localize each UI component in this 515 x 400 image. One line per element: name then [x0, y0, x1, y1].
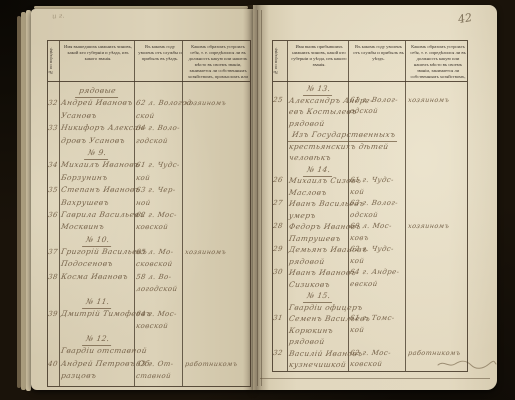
- entry-cell: [273, 302, 287, 314]
- fold-line: [257, 10, 258, 386]
- entry-cell: 63 г. Чер-ной: [134, 184, 182, 209]
- entry-cell: [405, 175, 466, 198]
- handwritten-line: кой: [135, 172, 151, 184]
- entry-cell: № 11.: [59, 296, 134, 308]
- handwritten-line: 60 л. Мос-: [349, 221, 393, 233]
- section-heading: № 11.: [48, 296, 250, 308]
- section-heading: № 9.: [48, 147, 250, 159]
- handwritten-line: 32: [47, 97, 59, 109]
- entry-cell: Иванъ ИвановъСизиковъ: [287, 267, 348, 290]
- handwritten-line: одской: [349, 210, 379, 222]
- entry-cell: 30: [273, 267, 287, 290]
- entry-cell: [134, 296, 182, 308]
- entry-cell: 63 г. От-ставной: [134, 358, 182, 383]
- handwritten-line: 62 г. Мос-: [349, 348, 392, 360]
- entry-cell: [405, 290, 466, 302]
- entry-cell: [273, 83, 287, 95]
- annotation-block: Гвардіи офицеръ: [273, 302, 467, 314]
- entry-cell: 63 г. Волог-одской: [348, 198, 405, 221]
- annotation-block: Гвардіи отставной: [48, 345, 250, 357]
- entry-cell: [182, 147, 249, 159]
- handwritten-line: ской: [135, 110, 155, 122]
- page-bottom-rule: [260, 378, 490, 379]
- register-entry: 37Григорій ВасильевъПодосеновъ65 л. Мо-с…: [48, 246, 250, 271]
- entry-cell: 37: [48, 246, 59, 271]
- handwritten-line: 33: [47, 122, 59, 134]
- register-entry: 36Гаврила ВасильевъМосквинъ62 г. Мос-ков…: [48, 209, 250, 234]
- entry-cell: [348, 290, 405, 302]
- handwritten-line: Гаврила Васильевъ: [60, 209, 146, 221]
- entry-cell: хозяиномъ: [405, 221, 466, 244]
- entry-cell: [405, 198, 466, 221]
- register-entry: 32Василій Ивановъкузнечишкой62 г. Мос-ко…: [273, 348, 467, 371]
- handwritten-line: 64 г. Мос-: [135, 308, 178, 320]
- section-heading: № 14.: [273, 164, 467, 176]
- entry-cell: [48, 85, 59, 97]
- register-entry: 25Александръ Андре-евъ Костылевърядовой6…: [273, 95, 467, 130]
- entry-cell: [405, 313, 466, 348]
- handwritten-line: 62 г. Чудс-: [349, 244, 395, 256]
- entry-cell: [182, 234, 249, 246]
- handwritten-line: Вахрушевъ: [60, 197, 110, 209]
- entry-cell: 61 г. Томс-кой: [348, 313, 405, 348]
- handwritten-line: 65 л. Мо-: [135, 246, 174, 258]
- handwritten-line: 29: [272, 244, 284, 256]
- handwritten-line: 32: [272, 348, 284, 360]
- handwritten-line: ковъ: [349, 233, 370, 245]
- entry-cell: № 14.: [287, 164, 348, 176]
- handwritten-line: годской: [135, 135, 169, 147]
- entry-cell: № 15.: [287, 290, 348, 302]
- entry-cell: хозяиномъ: [182, 246, 249, 271]
- entry-cell: рядовые: [59, 85, 134, 97]
- register-entry: 34Михаилъ ИвановъБорзунинъ61 г. Чудс-кой: [48, 159, 250, 184]
- entry-cell: Андрей Петровъ Об-разцовъ: [59, 358, 134, 383]
- handwritten-line: разцовъ: [60, 370, 97, 382]
- entry-cell: 60 л. Мос-ковъ: [348, 221, 405, 244]
- entry-cell: 62 г. Чудс-кой: [348, 244, 405, 267]
- entry-cell: [134, 147, 182, 159]
- entry-cell: [405, 302, 466, 314]
- entry-cell: [182, 296, 249, 308]
- handwritten-line: 63 г. Чер-: [135, 184, 176, 196]
- entry-cell: [134, 85, 182, 97]
- entry-cell: [48, 333, 59, 345]
- register-entry: 28Федоръ ИвановъПатрушевъ60 л. Мос-ковъх…: [273, 221, 467, 244]
- handwritten-line: 61 г. Чудс-: [349, 175, 395, 187]
- handwritten-line: 58 л. Во-: [135, 271, 172, 283]
- entry-cell: № 13.: [287, 83, 348, 95]
- entry-cell: [405, 164, 466, 176]
- entry-cell: 61 г. Чудс-кой: [134, 159, 182, 184]
- handwritten-line: кой: [349, 325, 365, 337]
- handwritten-line: Иванъ Ивановъ: [288, 267, 357, 279]
- register-entry: 30Иванъ ИвановъСизиковъ64 г. Андре-евско…: [273, 267, 467, 290]
- handwritten-line: ной: [135, 197, 152, 209]
- annotation-block: Изъ Государственныхъкрестьянскихъ дѣтейч…: [273, 129, 467, 164]
- entry-cell: 58 л. Во-логодской: [134, 271, 182, 296]
- handwritten-line: Усановъ: [60, 110, 98, 122]
- handwritten-line: одской: [349, 106, 379, 118]
- register-entry: 27Иванъ Васильевъумеръ63 г. Волог-одской: [273, 198, 467, 221]
- entry-cell: 64 г. Андре-евской: [348, 267, 405, 290]
- header-year-column: Въ какомъ году уволенъ отъ службы и приб…: [350, 43, 407, 79]
- header-rule: [273, 81, 467, 82]
- handwritten-line: 63 г. Волог-: [349, 198, 399, 210]
- entry-cell: № 9.: [59, 147, 134, 159]
- entry-cell: 40: [48, 358, 59, 383]
- entry-cell: 61 г. Волог-одской: [348, 95, 405, 130]
- handwritten-line: Андрей Ивановъ: [60, 97, 134, 109]
- header-name-column: Имя вышедшихъ нижнихъ чиновъ, какой кто …: [60, 43, 136, 79]
- handwritten-line: 61 г. Томс-: [349, 313, 395, 325]
- handwritten-line: рядовой: [288, 336, 325, 348]
- entry-cell: Михаилъ СизовъМасловъ: [287, 175, 348, 198]
- entry-cell: Семенъ ВасильевъКорюкинърядовой: [287, 313, 348, 348]
- entry-cell: [182, 345, 249, 357]
- handwritten-line: кой: [349, 187, 365, 199]
- handwritten-line: 64 г. Андре-: [349, 267, 400, 279]
- handwritten-line: 34: [47, 159, 59, 171]
- register-entry: 39Дмитрій Тимофеевъ64 г. Мос-ковской: [48, 308, 250, 333]
- handwritten-line: дровъ Усановъ: [60, 135, 126, 147]
- register-entry: 26Михаилъ СизовъМасловъ61 г. Чудс-кой: [273, 175, 467, 198]
- entry-cell: [48, 296, 59, 308]
- entry-cell: 36: [48, 209, 59, 234]
- entry-cell: 25: [273, 95, 287, 130]
- handwritten-line: ковской: [135, 320, 169, 332]
- entry-cell: [182, 209, 249, 234]
- handwritten-line: работникомъ: [184, 358, 238, 370]
- handwritten-line: 35: [47, 184, 59, 196]
- handwritten-line: ковской: [349, 359, 383, 371]
- handwritten-line: хозяиномъ: [184, 97, 227, 109]
- entry-cell: [405, 244, 466, 267]
- handwritten-line: хозяиномъ: [407, 221, 450, 233]
- entry-cell: Степанъ ИвановъВахрушевъ: [59, 184, 134, 209]
- handwritten-line: кой: [349, 256, 365, 268]
- entry-cell: [273, 129, 287, 164]
- entry-cell: [48, 345, 59, 357]
- handwritten-line: ставной: [135, 370, 172, 382]
- right-register-table: № по порядку. Имя вновь прибывшихъ нижни…: [272, 40, 468, 372]
- entry-cell: [348, 164, 405, 176]
- entry-cell: 64 г. Воло-годской: [134, 122, 182, 147]
- entry-cell: Андрей ИвановъУсановъ: [59, 97, 134, 122]
- handwritten-line: Степанъ Ивановъ: [60, 184, 141, 196]
- entry-cell: 27: [273, 198, 287, 221]
- left-register-table: № по порядку. Имя вышедшихъ нижнихъ чино…: [47, 40, 251, 387]
- section-heading: № 10.: [48, 234, 250, 246]
- register-entry: 38Косма Ивановъ58 л. Во-логодской: [48, 271, 250, 296]
- handwritten-line: 27: [272, 198, 284, 210]
- handwritten-line: человѣкъ: [288, 152, 332, 164]
- handwritten-line: Патрушевъ: [288, 233, 342, 245]
- entry-cell: 32: [273, 348, 287, 371]
- handwritten-line: Масловъ: [288, 187, 328, 199]
- handwritten-line: хозяиномъ: [184, 246, 227, 258]
- handwritten-line: 30: [272, 267, 284, 279]
- handwritten-line: 38: [47, 271, 59, 283]
- fold-line: [261, 10, 262, 386]
- section-heading: № 12.: [48, 333, 250, 345]
- handwritten-line: Подосеновъ: [60, 258, 114, 270]
- header-disposition-column: Какимъ образомъ устроилъ себя, т. е. опр…: [184, 43, 252, 79]
- entry-cell: Федоръ ИвановъПатрушевъ: [287, 221, 348, 244]
- entry-cell: [48, 147, 59, 159]
- entry-cell: Демьянъ Ивановърядовой: [287, 244, 348, 267]
- handwritten-line: Изъ Государственныхъ: [288, 129, 399, 142]
- entry-cell: [48, 234, 59, 246]
- entry-cell: [182, 184, 249, 209]
- entry-cell: работникомъ: [405, 348, 466, 371]
- entry-cell: 35: [48, 184, 59, 209]
- handwritten-line: ковской: [135, 221, 169, 233]
- entry-cell: Григорій ВасильевъПодосеновъ: [59, 246, 134, 271]
- handwritten-line: 64 г. Воло-: [135, 122, 181, 134]
- entry-cell: № 10.: [59, 234, 134, 246]
- handwritten-line: Сизиковъ: [288, 279, 331, 291]
- handwritten-line: 61 г. Чудс-: [135, 159, 181, 171]
- handwritten-line: умеръ: [288, 210, 317, 222]
- entry-cell: 29: [273, 244, 287, 267]
- handwritten-line: евъ Костылевъ: [288, 106, 358, 118]
- entry-cell: № 12.: [59, 333, 134, 345]
- entry-cell: Косма Ивановъ: [59, 271, 134, 296]
- entry-cell: Василій Ивановъкузнечишкой: [287, 348, 348, 371]
- handwritten-line: Борзунинъ: [60, 172, 109, 184]
- entry-cell: Александръ Андре-евъ Костылевърядовой: [287, 95, 348, 130]
- handwritten-line: 40: [47, 358, 59, 370]
- entry-cell: 33: [48, 122, 59, 147]
- handwritten-line: Гвардіи отставной: [60, 345, 148, 357]
- header-rule: [48, 81, 250, 82]
- table-header: № по порядку. Имя вышедшихъ нижнихъ чино…: [48, 41, 250, 81]
- handwritten-line: 28: [272, 221, 284, 233]
- section-heading-label: № 15.: [303, 290, 334, 303]
- register-entry: 35Степанъ ИвановъВахрушевъ63 г. Чер-ной: [48, 184, 250, 209]
- entry-cell: Никифоръ Алексан-дровъ Усановъ: [59, 122, 134, 147]
- entry-cell: Гвардіи отставной: [59, 345, 134, 357]
- handwritten-line: логодской: [135, 283, 178, 295]
- entry-cell: 62 г. Мос-ковской: [134, 209, 182, 234]
- handwritten-line: 37: [47, 246, 59, 258]
- book-photo: и г. 42 № по порядку. Имя вышедшихъ нижн…: [0, 0, 515, 400]
- handwritten-line: 62 г. Мос-: [135, 209, 178, 221]
- section-heading-label: № 13.: [303, 83, 334, 96]
- section-heading: № 15.: [273, 290, 467, 302]
- handwritten-line: 25: [272, 95, 284, 107]
- entry-cell: Дмитрій Тимофеевъ: [59, 308, 134, 333]
- left-entries: рядовые32Андрей ИвановъУсановъ62 л. Воло…: [48, 85, 250, 382]
- entry-cell: 39: [48, 308, 59, 333]
- entry-cell: 26: [273, 175, 287, 198]
- entry-cell: 38: [48, 271, 59, 296]
- register-entry: 29Демьянъ Ивановърядовой62 г. Чудс-кой: [273, 244, 467, 267]
- handwritten-line: рядовой: [288, 118, 325, 130]
- entry-cell: хозяиномъ: [182, 97, 249, 122]
- handwritten-line: 31: [272, 313, 284, 325]
- entry-cell: 34: [48, 159, 59, 184]
- handwritten-line: Михаилъ Ивановъ: [60, 159, 140, 171]
- handwritten-line: 63 г. От-: [135, 358, 174, 370]
- entry-cell: [182, 308, 249, 333]
- header-name-column: Имя вновь прибывшихъ нижнихъ чиновъ, как…: [288, 43, 350, 79]
- entry-cell: [182, 333, 249, 345]
- entry-cell: 62 г. Мос-ковской: [348, 348, 405, 371]
- entry-cell: Гаврила ВасильевъМосквинъ: [59, 209, 134, 234]
- handwritten-line: Гвардіи офицеръ: [288, 302, 363, 314]
- handwritten-line: евской: [349, 279, 378, 291]
- handwritten-line: 39: [47, 308, 59, 320]
- register-entry: 33Никифоръ Алексан-дровъ Усановъ64 г. Во…: [48, 122, 250, 147]
- right-entries: № 13.25Александръ Андре-евъ Костылевъряд…: [273, 83, 467, 371]
- register-entry: 40Андрей Петровъ Об-разцовъ63 г. От-став…: [48, 358, 250, 383]
- entry-cell: [273, 290, 287, 302]
- handwritten-line: хозяиномъ: [407, 95, 450, 107]
- folio-number: 42: [457, 11, 473, 26]
- section-heading: рядовые: [48, 85, 250, 97]
- entry-cell: хозяиномъ: [405, 95, 466, 130]
- entry-cell: 62 л. Вологод-ской: [134, 97, 182, 122]
- entry-cell: [405, 267, 466, 290]
- entry-cell: [134, 333, 182, 345]
- entry-cell: [182, 271, 249, 296]
- register-entry: 31Семенъ ВасильевъКорюкинърядовой61 г. Т…: [273, 313, 467, 348]
- handwritten-line: Корюкинъ: [288, 325, 334, 337]
- header-disposition-column: Какимъ образомъ устроилъ себя, т. е. опр…: [407, 43, 469, 79]
- entry-cell: [182, 85, 249, 97]
- entry-cell: 28: [273, 221, 287, 244]
- handwritten-line: работникомъ: [407, 348, 461, 360]
- entry-cell: 65 л. Мо-сковской: [134, 246, 182, 271]
- entry-cell: [348, 83, 405, 95]
- handwritten-line: 61 г. Волог-: [349, 95, 399, 107]
- entry-cell: [182, 159, 249, 184]
- handwritten-line: рядовой: [288, 256, 325, 268]
- entry-cell: [134, 234, 182, 246]
- handwritten-line: 36: [47, 209, 59, 221]
- handwritten-line: сковской: [135, 258, 173, 270]
- register-entry: 32Андрей ИвановъУсановъ62 л. Вологод-ско…: [48, 97, 250, 122]
- entry-cell: Изъ Государственныхъкрестьянскихъ дѣтейч…: [287, 129, 348, 164]
- entry-cell: 32: [48, 97, 59, 122]
- entry-cell: работникомъ: [182, 358, 249, 383]
- entry-cell: [405, 83, 466, 95]
- entry-cell: [405, 129, 466, 164]
- header-year-column: Въ какомъ году уволенъ отъ службы и приб…: [136, 43, 184, 79]
- entry-cell: Гвардіи офицеръ: [287, 302, 348, 314]
- entry-cell: Михаилъ ИвановъБорзунинъ: [59, 159, 134, 184]
- handwritten-line: кузнечишкой: [288, 359, 347, 371]
- entry-cell: 31: [273, 313, 287, 348]
- entry-cell: [273, 164, 287, 176]
- entry-cell: Иванъ Васильевъумеръ: [287, 198, 348, 221]
- table-header: № по порядку. Имя вновь прибывшихъ нижни…: [273, 41, 467, 81]
- entry-cell: [182, 122, 249, 147]
- section-heading: № 13.: [273, 83, 467, 95]
- handwritten-line: Москвинъ: [60, 221, 105, 233]
- entry-cell: 64 г. Мос-ковской: [134, 308, 182, 333]
- entry-cell: 61 г. Чудс-кой: [348, 175, 405, 198]
- handwritten-line: Косма Ивановъ: [60, 271, 129, 283]
- pencil-corner-mark: и г.: [52, 11, 65, 20]
- handwritten-line: крестьянскихъ дѣтей: [288, 141, 389, 153]
- handwritten-line: 26: [272, 175, 284, 187]
